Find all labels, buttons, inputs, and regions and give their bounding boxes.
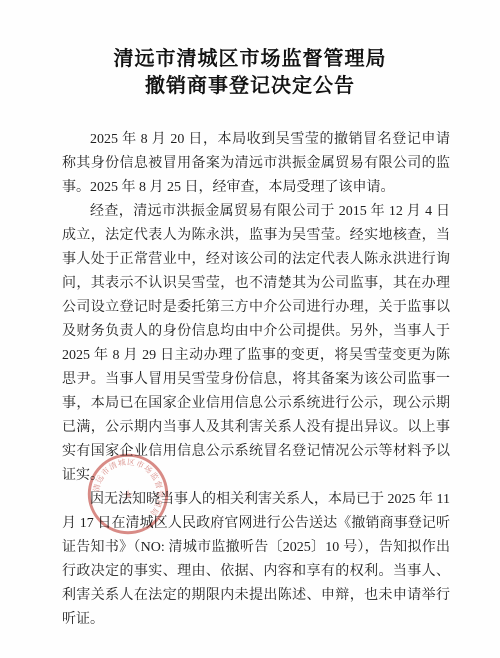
document-body: 2025 年 8 月 20 日，本局收到吴雪莹的撤销冒名登记申请称其身份信息被冒… bbox=[62, 128, 450, 632]
paragraph-notice-delivery: 因无法知晓当事人的相关利害关系人，本局已于 2025 年 11 月 17 日在清… bbox=[62, 488, 450, 632]
document-title: 清远市清城区市场监督管理局 撤销商事登记决定公告 bbox=[0, 0, 500, 100]
document-page: 清远市清城区市场监督管理局 撤销商事登记决定公告 2025 年 8 月 20 日… bbox=[0, 0, 500, 658]
document-title-line-1: 清远市清城区市场监督管理局 bbox=[0, 46, 500, 73]
document-title-line-2: 撤销商事登记决定公告 bbox=[0, 73, 500, 100]
paragraph-investigation-findings: 经查，清远市洪振金属贸易有限公司于 2015 年 12 月 4 日成立，法定代表… bbox=[62, 200, 450, 488]
paragraph-application-received: 2025 年 8 月 20 日，本局收到吴雪莹的撤销冒名登记申请称其身份信息被冒… bbox=[62, 128, 450, 200]
